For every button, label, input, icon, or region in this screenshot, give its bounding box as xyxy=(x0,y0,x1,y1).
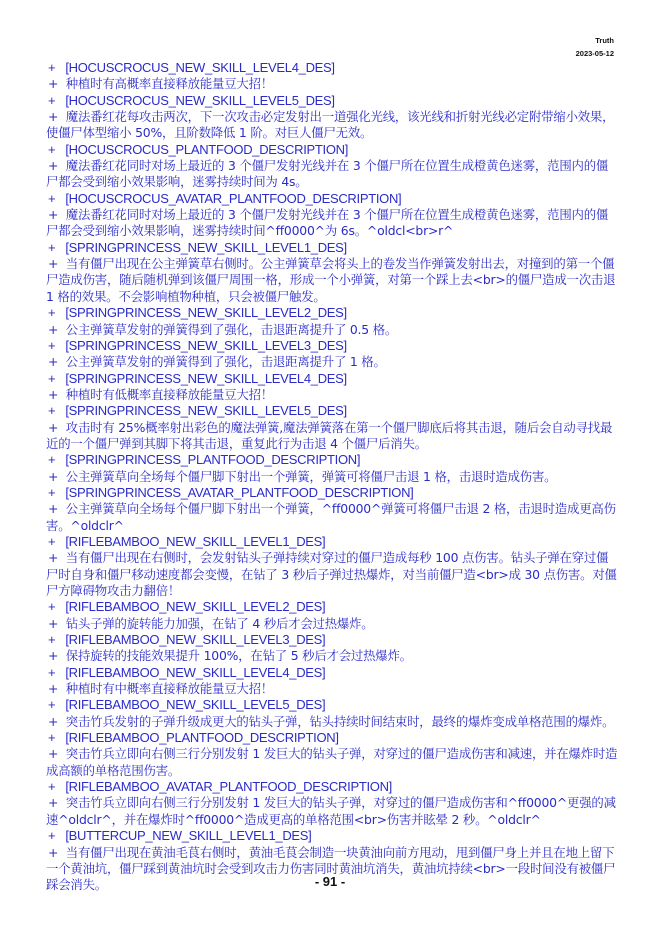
string-key-line: + [RIFLEBAMBOO_NEW_SKILL_LEVEL3_DES] xyxy=(46,632,618,648)
string-key-line: + [RIFLEBAMBOO_NEW_SKILL_LEVEL2_DES] xyxy=(46,599,618,615)
description-line: + 种植时有高概率直接释放能量豆大招！ xyxy=(46,76,618,92)
plus-bullet-icon: + xyxy=(46,322,62,338)
description-line: + 突击竹兵发射的子弹升级成更大的钻头子弹，钻头持续时间结束时，最终的爆炸变成单… xyxy=(46,714,618,730)
plus-bullet-icon: + xyxy=(46,746,62,762)
page-number: - 91 - xyxy=(0,874,660,889)
plus-bullet-icon: + xyxy=(46,240,62,256)
plus-bullet-icon: + xyxy=(46,665,62,681)
author-label: Truth xyxy=(576,34,614,47)
string-key: [RIFLEBAMBOO_NEW_SKILL_LEVEL3_DES] xyxy=(65,632,325,647)
string-key-line: + [SPRINGPRINCESS_NEW_SKILL_LEVEL4_DES] xyxy=(46,371,618,387)
plus-bullet-icon: + xyxy=(46,534,62,550)
description-text: 种植时有高概率直接释放能量豆大招！ xyxy=(66,76,273,91)
plus-bullet-icon: + xyxy=(46,387,62,403)
description-line: + 魔法番红花同时对场上最近的 3 个僵尸发射光线并在 3 个僵尸所在位置生成橙… xyxy=(46,207,618,240)
string-key: [SPRINGPRINCESS_NEW_SKILL_LEVEL5_DES] xyxy=(65,403,347,418)
description-text: 魔法番红花每攻击两次，下一次攻击必定发射出一道强化光线，该光线和折射光线必定附带… xyxy=(46,109,614,140)
description-text: 钻头子弹的旋转能力加强，在钻了 4 秒后才会过热爆炸。 xyxy=(66,616,374,631)
plus-bullet-icon: + xyxy=(46,256,62,272)
description-text: 攻击时有 25%概率射出彩色的魔法弹簧,魔法弹簧落在第一个僵尸脚底后将其击退，随… xyxy=(46,420,612,451)
string-key: [SPRINGPRINCESS_NEW_SKILL_LEVEL2_DES] xyxy=(65,305,347,320)
string-key: [RIFLEBAMBOO_PLANTFOOD_DESCRIPTION] xyxy=(65,730,338,745)
string-key-line: + [RIFLEBAMBOO_AVATAR_PLANTFOOD_DESCRIPT… xyxy=(46,779,618,795)
description-text: 公主弹簧草发射的弹簧得到了强化，击退距离提升了 1 格。 xyxy=(66,354,386,369)
string-key-line: + [SPRINGPRINCESS_NEW_SKILL_LEVEL5_DES] xyxy=(46,403,618,419)
plus-bullet-icon: + xyxy=(46,305,62,321)
description-line: + 公主弹簧草发射的弹簧得到了强化，击退距离提升了 1 格。 xyxy=(46,354,618,370)
string-key: [SPRINGPRINCESS_NEW_SKILL_LEVEL1_DES] xyxy=(65,240,347,255)
description-text: 突击竹兵立即向右侧三行分别发射 1 发巨大的钻头子弹，对穿过的僵尸造成伤害和减速… xyxy=(46,746,617,777)
plus-bullet-icon: + xyxy=(46,845,62,861)
plus-bullet-icon: + xyxy=(46,697,62,713)
description-line: + 钻头子弹的旋转能力加强，在钻了 4 秒后才会过热爆炸。 xyxy=(46,616,618,632)
description-text: 当有僵尸出现在右侧时，会发射钻头子弹持续对穿过的僵尸造成每秒 100 点伤害。钻… xyxy=(46,550,617,598)
description-text: 魔法番红花同时对场上最近的 3 个僵尸发射光线并在 3 个僵尸所在位置生成橙黄色… xyxy=(46,207,608,238)
plus-bullet-icon: + xyxy=(46,191,62,207)
string-key-line: + [HOCUSCROCUS_NEW_SKILL_LEVEL5_DES] xyxy=(46,93,618,109)
plus-bullet-icon: + xyxy=(46,714,62,730)
description-line: + 魔法番红花同时对场上最近的 3 个僵尸发射光线并在 3 个僵尸所在位置生成橙… xyxy=(46,158,618,191)
description-line: + 公主弹簧草向全场每个僵尸脚下射出一个弹簧，弹簧可将僵尸击退 1 格，击退时造… xyxy=(46,469,618,485)
plus-bullet-icon: + xyxy=(46,109,62,125)
string-key-line: + [RIFLEBAMBOO_NEW_SKILL_LEVEL1_DES] xyxy=(46,534,618,550)
string-key-line: + [HOCUSCROCUS_NEW_SKILL_LEVEL4_DES] xyxy=(46,60,618,76)
document-header: Truth 2023-05-12 xyxy=(576,34,614,60)
string-key: [SPRINGPRINCESS_PLANTFOOD_DESCRIPTION] xyxy=(65,452,360,467)
description-line: + 公主弹簧草发射的弹簧得到了强化，击退距离提升了 0.5 格。 xyxy=(46,322,618,338)
string-key: [RIFLEBAMBOO_AVATAR_PLANTFOOD_DESCRIPTIO… xyxy=(65,779,392,794)
plus-bullet-icon: + xyxy=(46,795,62,811)
plus-bullet-icon: + xyxy=(46,93,62,109)
description-text: 公主弹簧草向全场每个僵尸脚下射出一个弹簧，^ff0000^弹簧可将僵尸击退 2 … xyxy=(46,501,616,532)
description-line: + 当有僵尸出现在右侧时，会发射钻头子弹持续对穿过的僵尸造成每秒 100 点伤害… xyxy=(46,550,618,599)
string-key-line: + [SPRINGPRINCESS_PLANTFOOD_DESCRIPTION] xyxy=(46,452,618,468)
description-line: + 攻击时有 25%概率射出彩色的魔法弹簧,魔法弹簧落在第一个僵尸脚底后将其击退… xyxy=(46,420,618,453)
description-text: 突击竹兵发射的子弹升级成更大的钻头子弹，钻头持续时间结束时，最终的爆炸变成单格范… xyxy=(66,714,615,729)
plus-bullet-icon: + xyxy=(46,354,62,370)
plus-bullet-icon: + xyxy=(46,616,62,632)
string-key: [RIFLEBAMBOO_NEW_SKILL_LEVEL2_DES] xyxy=(65,599,325,614)
description-text: 种植时有低概率直接释放能量豆大招！ xyxy=(66,387,273,402)
string-key: [RIFLEBAMBOO_NEW_SKILL_LEVEL1_DES] xyxy=(65,534,325,549)
description-line: + 突击竹兵立即向右侧三行分别发射 1 发巨大的钻头子弹，对穿过的僵尸造成伤害和… xyxy=(46,746,618,779)
string-key: [BUTTERCUP_NEW_SKILL_LEVEL1_DES] xyxy=(65,828,311,843)
date-label: 2023-05-12 xyxy=(576,47,614,60)
string-key-line: + [RIFLEBAMBOO_PLANTFOOD_DESCRIPTION] xyxy=(46,730,618,746)
plus-bullet-icon: + xyxy=(46,158,62,174)
description-line: + 保持旋转的技能效果提升 100%，在钻了 5 秒后才会过热爆炸。 xyxy=(46,648,618,664)
string-key: [SPRINGPRINCESS_NEW_SKILL_LEVEL3_DES] xyxy=(65,338,347,353)
plus-bullet-icon: + xyxy=(46,599,62,615)
string-key-line: + [SPRINGPRINCESS_NEW_SKILL_LEVEL3_DES] xyxy=(46,338,618,354)
description-text: 当有僵尸出现在公主弹簧草右侧时。公主弹簧草会将头上的卷发当作弹簧发射出去，对撞到… xyxy=(46,256,615,304)
plus-bullet-icon: + xyxy=(46,730,62,746)
description-text: 保持旋转的技能效果提升 100%，在钻了 5 秒后才会过热爆炸。 xyxy=(66,648,412,663)
plus-bullet-icon: + xyxy=(46,76,62,92)
string-key-line: + [RIFLEBAMBOO_NEW_SKILL_LEVEL5_DES] xyxy=(46,697,618,713)
description-text: 公主弹簧草向全场每个僵尸脚下射出一个弹簧，弹簧可将僵尸击退 1 格，击退时造成伤… xyxy=(66,469,557,484)
string-key-line: + [BUTTERCUP_NEW_SKILL_LEVEL1_DES] xyxy=(46,828,618,844)
string-key: [RIFLEBAMBOO_NEW_SKILL_LEVEL4_DES] xyxy=(65,665,325,680)
plus-bullet-icon: + xyxy=(46,420,62,436)
string-key: [HOCUSCROCUS_NEW_SKILL_LEVEL4_DES] xyxy=(65,60,334,75)
description-text: 魔法番红花同时对场上最近的 3 个僵尸发射光线并在 3 个僵尸所在位置生成橙黄色… xyxy=(46,158,608,189)
description-text: 突击竹兵立即向右侧三行分别发射 1 发巨大的钻头子弹，对穿过的僵尸造成伤害和^f… xyxy=(46,795,616,826)
string-key-line: + [SPRINGPRINCESS_AVATAR_PLANTFOOD_DESCR… xyxy=(46,485,618,501)
description-line: + 突击竹兵立即向右侧三行分别发射 1 发巨大的钻头子弹，对穿过的僵尸造成伤害和… xyxy=(46,795,618,828)
description-line: + 当有僵尸出现在公主弹簧草右侧时。公主弹簧草会将头上的卷发当作弹簧发射出去，对… xyxy=(46,256,618,305)
plus-bullet-icon: + xyxy=(46,681,62,697)
string-key: [HOCUSCROCUS_NEW_SKILL_LEVEL5_DES] xyxy=(65,93,334,108)
string-key-line: + [SPRINGPRINCESS_NEW_SKILL_LEVEL1_DES] xyxy=(46,240,618,256)
plus-bullet-icon: + xyxy=(46,60,62,76)
string-key: [HOCUSCROCUS_PLANTFOOD_DESCRIPTION] xyxy=(65,142,348,157)
plus-bullet-icon: + xyxy=(46,648,62,664)
plus-bullet-icon: + xyxy=(46,338,62,354)
string-key: [HOCUSCROCUS_AVATAR_PLANTFOOD_DESCRIPTIO… xyxy=(65,191,401,206)
string-key: [SPRINGPRINCESS_NEW_SKILL_LEVEL4_DES] xyxy=(65,371,347,386)
description-line: + 公主弹簧草向全场每个僵尸脚下射出一个弹簧，^ff0000^弹簧可将僵尸击退 … xyxy=(46,501,618,534)
plus-bullet-icon: + xyxy=(46,207,62,223)
plus-bullet-icon: + xyxy=(46,452,62,468)
string-key-line: + [RIFLEBAMBOO_NEW_SKILL_LEVEL4_DES] xyxy=(46,665,618,681)
description-line: + 种植时有中概率直接释放能量豆大招！ xyxy=(46,681,618,697)
plus-bullet-icon: + xyxy=(46,403,62,419)
plus-bullet-icon: + xyxy=(46,142,62,158)
description-text: 公主弹簧草发射的弹簧得到了强化，击退距离提升了 0.5 格。 xyxy=(66,322,397,337)
description-line: + 魔法番红花每攻击两次，下一次攻击必定发射出一道强化光线，该光线和折射光线必定… xyxy=(46,109,618,142)
plus-bullet-icon: + xyxy=(46,501,62,517)
plus-bullet-icon: + xyxy=(46,828,62,844)
string-key: [SPRINGPRINCESS_AVATAR_PLANTFOOD_DESCRIP… xyxy=(65,485,413,500)
plus-bullet-icon: + xyxy=(46,632,62,648)
plus-bullet-icon: + xyxy=(46,779,62,795)
document-body: + [HOCUSCROCUS_NEW_SKILL_LEVEL4_DES]+ 种植… xyxy=(46,60,618,894)
string-key-line: + [HOCUSCROCUS_AVATAR_PLANTFOOD_DESCRIPT… xyxy=(46,191,618,207)
plus-bullet-icon: + xyxy=(46,371,62,387)
plus-bullet-icon: + xyxy=(46,485,62,501)
plus-bullet-icon: + xyxy=(46,469,62,485)
description-line: + 种植时有低概率直接释放能量豆大招！ xyxy=(46,387,618,403)
string-key-line: + [HOCUSCROCUS_PLANTFOOD_DESCRIPTION] xyxy=(46,142,618,158)
string-key-line: + [SPRINGPRINCESS_NEW_SKILL_LEVEL2_DES] xyxy=(46,305,618,321)
string-key: [RIFLEBAMBOO_NEW_SKILL_LEVEL5_DES] xyxy=(65,697,325,712)
plus-bullet-icon: + xyxy=(46,550,62,566)
description-text: 种植时有中概率直接释放能量豆大招！ xyxy=(66,681,273,696)
